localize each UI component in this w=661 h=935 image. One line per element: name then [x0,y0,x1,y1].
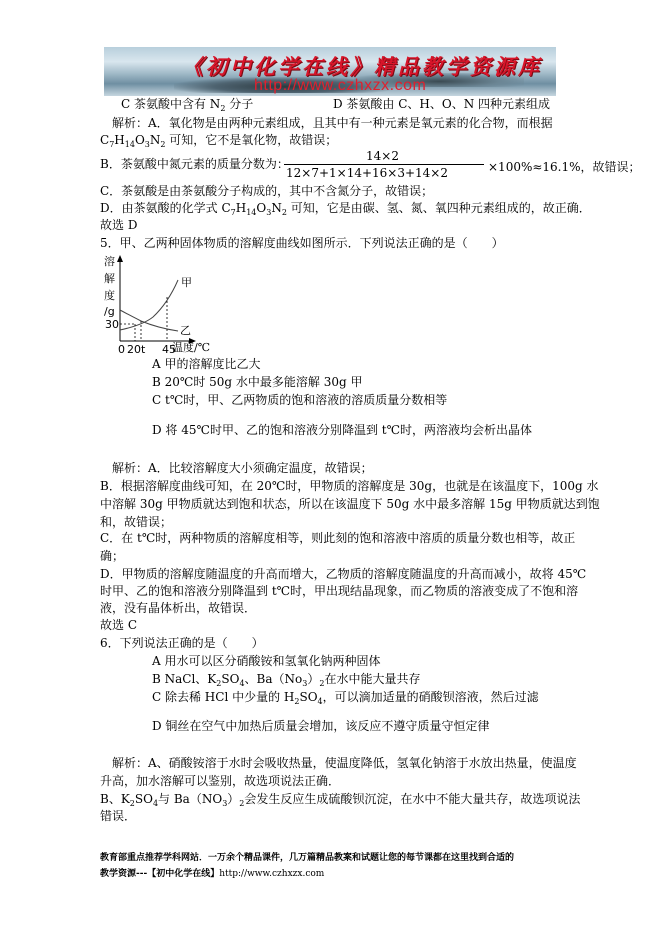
q4-option-c: C 茶氨酸中含有 N2 分子 [121,97,253,112]
chart-x-axis-label: 温度/℃ [172,340,210,355]
svg-text:解: 解 [104,271,115,285]
q4-option-d: D 茶氨酸由 C、H、O、N 四种元素组成 [333,97,550,112]
q5-analysis-line: B．根据溶解度曲线可知，在 20℃时，甲物质的溶解度是 30g，也就是在该温度下… [100,479,599,494]
q4-analysis-c: C．茶氨酸是由茶氨酸分子构成的，其中不含氮分子，故错误； [100,184,433,199]
fraction-numerator: 14×2 [366,149,399,163]
q4-analysis-a-formula: C7H14O3N2 可知，它不是氧化物，故错误； [100,133,337,148]
q4-analysis-a: 解析：A．氧化物是由两种元素组成，且其中有一种元素是氧元素的化合物，而根据 [112,116,553,131]
footer-promo-line: 教育部重点推荐学科网站．一万余个精品课件，几万篇精品教案和试题让您的每节课都在这… [100,850,514,863]
q6-option-d: D 铜丝在空气中加热后质量会增加，该反应不遵守质量守恒定律 [152,719,489,734]
q6-option-b: B NaCl、K2SO4、Ba（No3）2在水中能大量共存 [152,672,420,687]
q5-analysis-line: D．甲物质的溶解度随温度的升高而增大，乙物质的溶解度随温度的升高而减小，故将 4… [100,567,586,582]
q5-option-d: D 将 45℃时甲、乙的饱和溶液分别降温到 t℃时，两溶液均会析出晶体 [152,423,532,438]
svg-text:0: 0 [118,343,125,355]
fraction-denominator: 12×7+1×14+16×3+14×2 [286,166,448,180]
q4-analysis-d: D．由茶氨酸的化学式 C7H14O3N2 可知，它是由碳、氢、氮、氧四种元素组成… [100,201,591,216]
q5-analysis-line: 中溶解 30g 甲物质就达到饱和状态，所以在该温度下 50g 水中最多溶解 15… [100,497,600,512]
q5-option-a: A 甲的溶解度比乙大 [152,357,260,372]
q5-analysis-line: 确； [100,549,124,564]
header-banner: 《初中化学在线》精品教学资源库 http://www.czhxzx.com [104,47,556,96]
footer-promo-line2: 教学资源---【初中化学在线】http://www.czhxzx.com [100,866,324,879]
q6-analysis-a: 解析：A、硝酸铵溶于水时会吸收热量，使温度降低，氢氧化钠溶于水放出热量，使温度 [112,756,577,771]
q6-analysis-b: B、K2SO4与 Ba（NO3）2会发生反应生成硫酸钡沉淀，在水中不能大量共存，… [100,792,580,807]
svg-text:30: 30 [105,318,119,331]
q6-analysis-b2: 错误． [100,809,136,824]
q5-analysis-line: 和，故错误； [100,515,172,530]
q4-analysis-b-label: B．茶氨酸中氮元素的质量分数为： [100,157,289,172]
svg-text:度: 度 [104,288,115,302]
banner-url: http://www.czhxzx.com [254,77,426,95]
svg-text:20t: 20t [127,343,146,355]
svg-text:/g: /g [104,305,115,318]
fraction-bar [284,164,484,165]
q5-analysis-line: 液，没有晶体析出，故错误． [100,601,256,616]
q4-answer: 故选 D [100,218,137,233]
fraction-result: ×100%≈16.1%，故错误； [488,158,641,175]
q5-answer: 故选 C [100,618,137,633]
q5-analysis-line: 时甲、乙的饱和溶液分别降温到 t℃时，甲出现结晶现象，而乙物质的溶液变成了不饱和… [100,584,578,599]
q6-stem: 6．下列说法正确的是（ ） [100,636,264,651]
q5-analysis-line: 解析：A．比较溶解度大小须确定温度，故错误； [112,461,373,476]
svg-text:乙: 乙 [180,324,191,337]
q5-option-b: B 20℃时 50g 水中最多能溶解 30g 甲 [152,375,363,390]
q6-analysis-a2: 升高，加水溶解可以鉴别，故选项说法正确． [100,774,340,789]
q6-option-c: C 除去稀 HCl 中少量的 H2SO4，可以滴加适量的硝酸钡溶液，然后过滤 [152,690,539,705]
q6-option-a: A 用水可以区分硝酸铵和氢氧化钠两种固体 [152,654,380,669]
q5-stem: 5．甲、乙两种固体物质的溶解度曲线如图所示．下列说法正确的是（ ） [100,236,504,251]
q5-analysis-line: C．在 t℃时，两种物质的溶解度相等，则此刻的饱和溶液中溶质的质量分数也相等，故… [100,531,575,546]
svg-text:甲: 甲 [181,276,192,289]
q5-option-c: C t℃时，甲、乙两物质的饱和溶液的溶质质量分数相等 [152,393,447,408]
footer-url-link[interactable]: http://www.czhxzx.com [219,869,324,879]
svg-text:溶: 溶 [104,255,115,268]
